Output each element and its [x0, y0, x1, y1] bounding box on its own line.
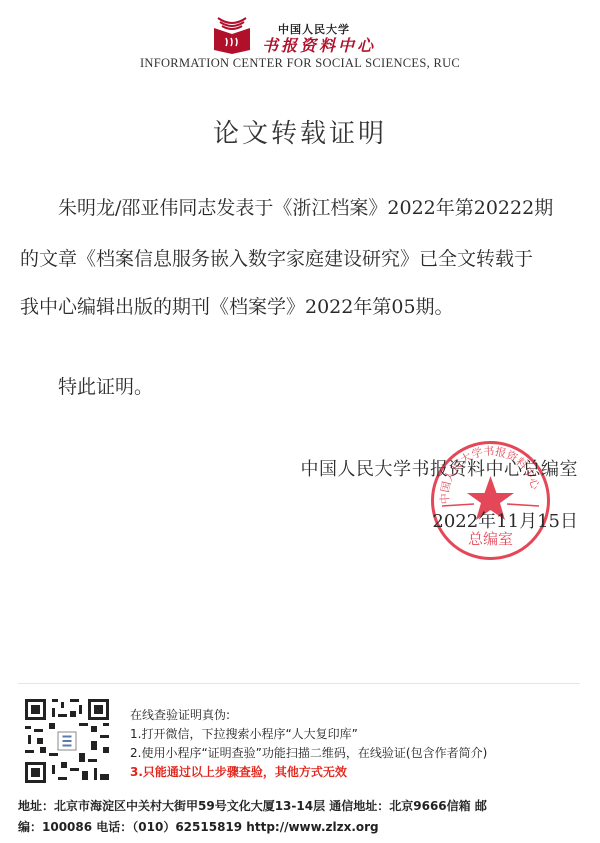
- body-line-3: 我中心编辑出版的期刊《档案学》2022年第05期。: [20, 292, 580, 319]
- verification-warning: 3.只能通过以上步骤查验，其他方式无效: [130, 763, 487, 782]
- footer-phone-website: 编：100086 电话：（010）62515819 http://www.zlz…: [18, 817, 588, 838]
- signature-organization: 中国人民大学书报资料中心总编室: [301, 455, 579, 481]
- footer-contact: 地址：北京市海淀区中关村大街甲59号文化大厦13-14层 通信地址：北京9666…: [18, 796, 588, 838]
- verification-heading: 在线查验证明真伪:: [130, 706, 487, 725]
- document-title: 论文转载证明: [0, 113, 600, 150]
- logo-center-name: 书报资料中心: [262, 33, 376, 56]
- logo-english-name: INFORMATION CENTER FOR SOCIAL SCIENCES, …: [0, 56, 600, 71]
- divider: [18, 683, 580, 684]
- signature-date: 2022年11月15日: [432, 507, 578, 533]
- body-line-1: 朱明龙/邵亚伟同志发表于《浙江档案》2022年第20222期: [58, 193, 600, 220]
- certification-statement: 特此证明。: [58, 372, 600, 399]
- footer-address: 地址：北京市海淀区中关村大街甲59号文化大厦13-14层 通信地址：北京9666…: [18, 796, 588, 817]
- body-line-2: 的文章《档案信息服务嵌入数字家庭建设研究》已全文转载于: [20, 244, 580, 271]
- verification-step-1: 1.打开微信，下拉搜索小程序“人大复印库”: [130, 725, 487, 744]
- verification-instructions: 在线查验证明真伪: 1.打开微信，下拉搜索小程序“人大复印库” 2.使用小程序“…: [130, 706, 487, 782]
- verification-step-2: 2.使用小程序“证明查验”功能扫描二维码，在线验证(包含作者简介): [130, 744, 487, 763]
- book-logo-icon: [212, 16, 252, 54]
- qr-code[interactable]: [22, 696, 112, 786]
